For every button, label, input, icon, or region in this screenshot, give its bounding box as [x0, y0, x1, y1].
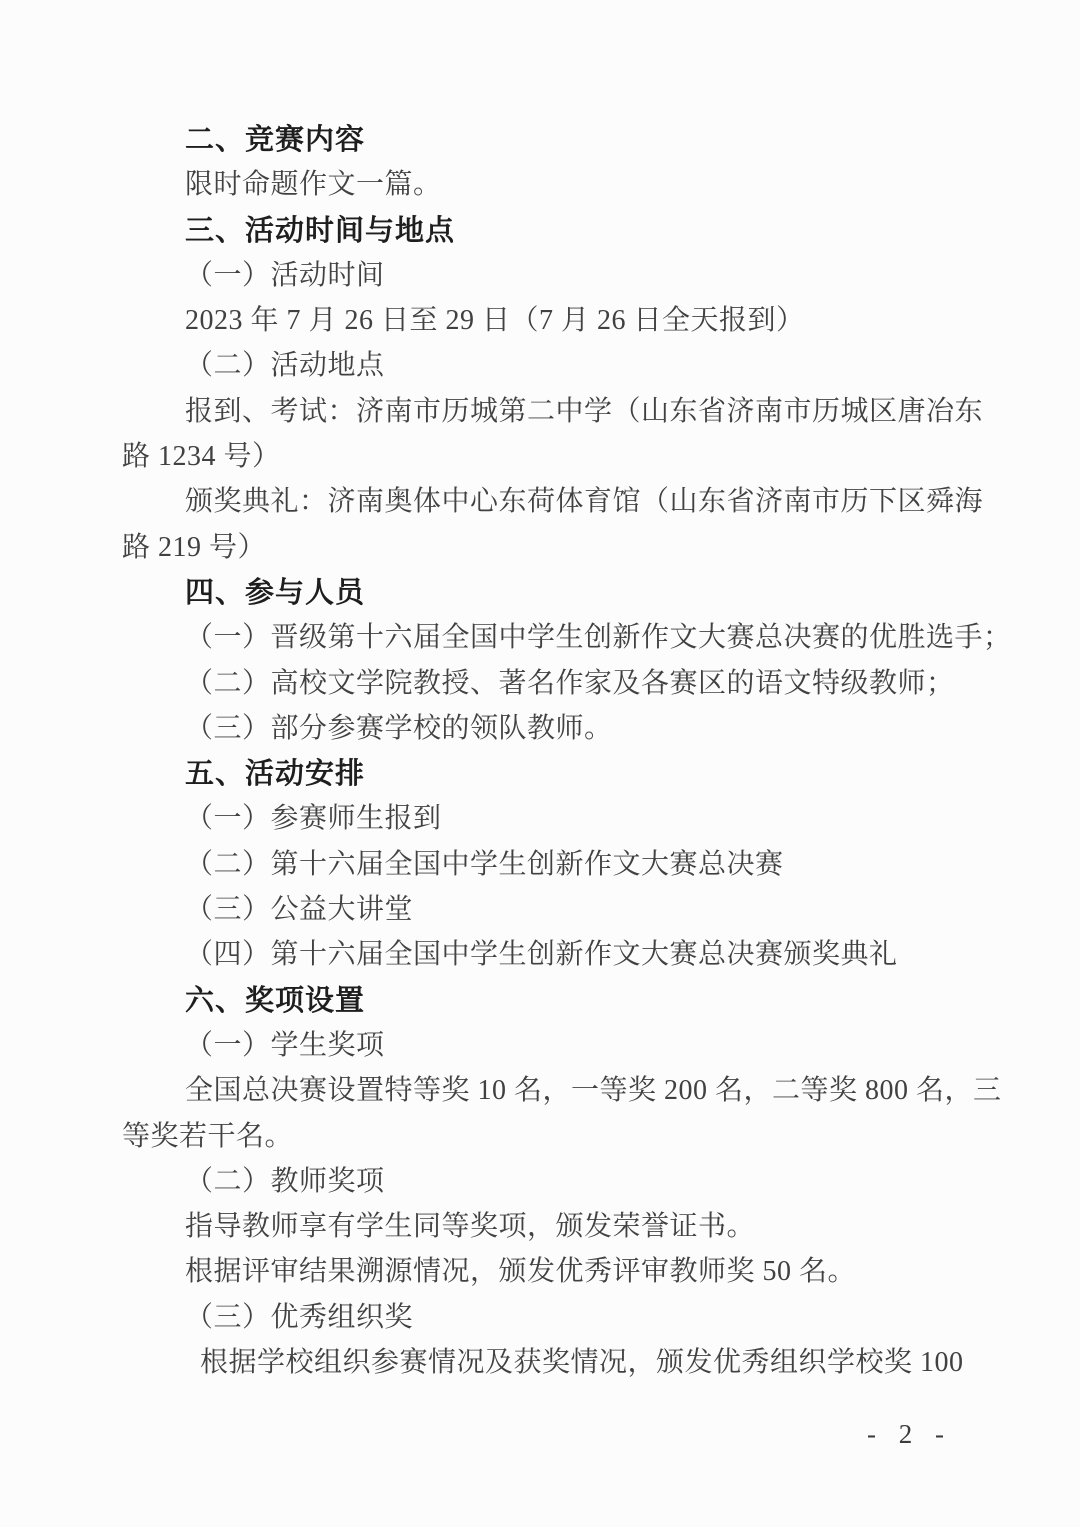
section-heading-6: 六、奖项设置: [122, 978, 964, 1023]
venue-line: 报到、考试：济南市历城第二中学（山东省济南市历城区唐冶东: [122, 389, 964, 434]
participant-item: （二）高校文学院教授、著名作家及各赛区的语文特级教师；: [122, 661, 964, 706]
award-detail-continuation: 等奖若干名。: [122, 1114, 964, 1159]
section-heading-2: 二、竞赛内容: [122, 117, 964, 162]
venue-line: 颁奖典礼：济南奥体中心东荷体育馆（山东省济南市历下区舜海: [122, 479, 964, 524]
award-subsection-label: （三）优秀组织奖: [122, 1295, 964, 1340]
schedule-item: （二）第十六届全国中学生创新作文大赛总决赛: [122, 842, 964, 887]
document-page: 二、竞赛内容 限时命题作文一篇。 三、活动时间与地点 （一）活动时间 2023 …: [0, 0, 1080, 1527]
award-detail-line: 根据学校组织参赛情况及获奖情况，颁发优秀组织学校奖 100: [122, 1340, 964, 1385]
schedule-item: （四）第十六届全国中学生创新作文大赛总决赛颁奖典礼: [122, 932, 964, 977]
venue-line-continuation: 路 1234 号）: [122, 434, 964, 479]
award-detail-line: 全国总决赛设置特等奖 10 名，一等奖 200 名，二等奖 800 名，三: [122, 1068, 964, 1113]
paragraph-line: 限时命题作文一篇。: [122, 162, 964, 207]
participant-item: （三）部分参赛学校的领队教师。: [122, 706, 964, 751]
venue-line-continuation: 路 219 号）: [122, 525, 964, 570]
participant-item: （一）晋级第十六届全国中学生创新作文大赛总决赛的优胜选手；: [122, 615, 964, 660]
award-detail-line: 指导教师享有学生同等奖项，颁发荣誉证书。: [122, 1204, 964, 1249]
event-date-line: 2023 年 7 月 26 日至 29 日（7 月 26 日全天报到）: [122, 298, 964, 343]
schedule-item: （三）公益大讲堂: [122, 887, 964, 932]
award-detail-line: 根据评审结果溯源情况，颁发优秀评审教师奖 50 名。: [122, 1249, 964, 1294]
subsection-label: （一）活动时间: [122, 253, 964, 298]
page-number: - 2 -: [867, 1418, 952, 1450]
subsection-label: （二）活动地点: [122, 343, 964, 388]
document-body: 二、竞赛内容 限时命题作文一篇。 三、活动时间与地点 （一）活动时间 2023 …: [122, 117, 964, 1385]
section-heading-3: 三、活动时间与地点: [122, 208, 964, 253]
section-heading-5: 五、活动安排: [122, 751, 964, 796]
section-heading-4: 四、参与人员: [122, 570, 964, 615]
schedule-item: （一）参赛师生报到: [122, 796, 964, 841]
award-subsection-label: （一）学生奖项: [122, 1023, 964, 1068]
award-subsection-label: （二）教师奖项: [122, 1159, 964, 1204]
